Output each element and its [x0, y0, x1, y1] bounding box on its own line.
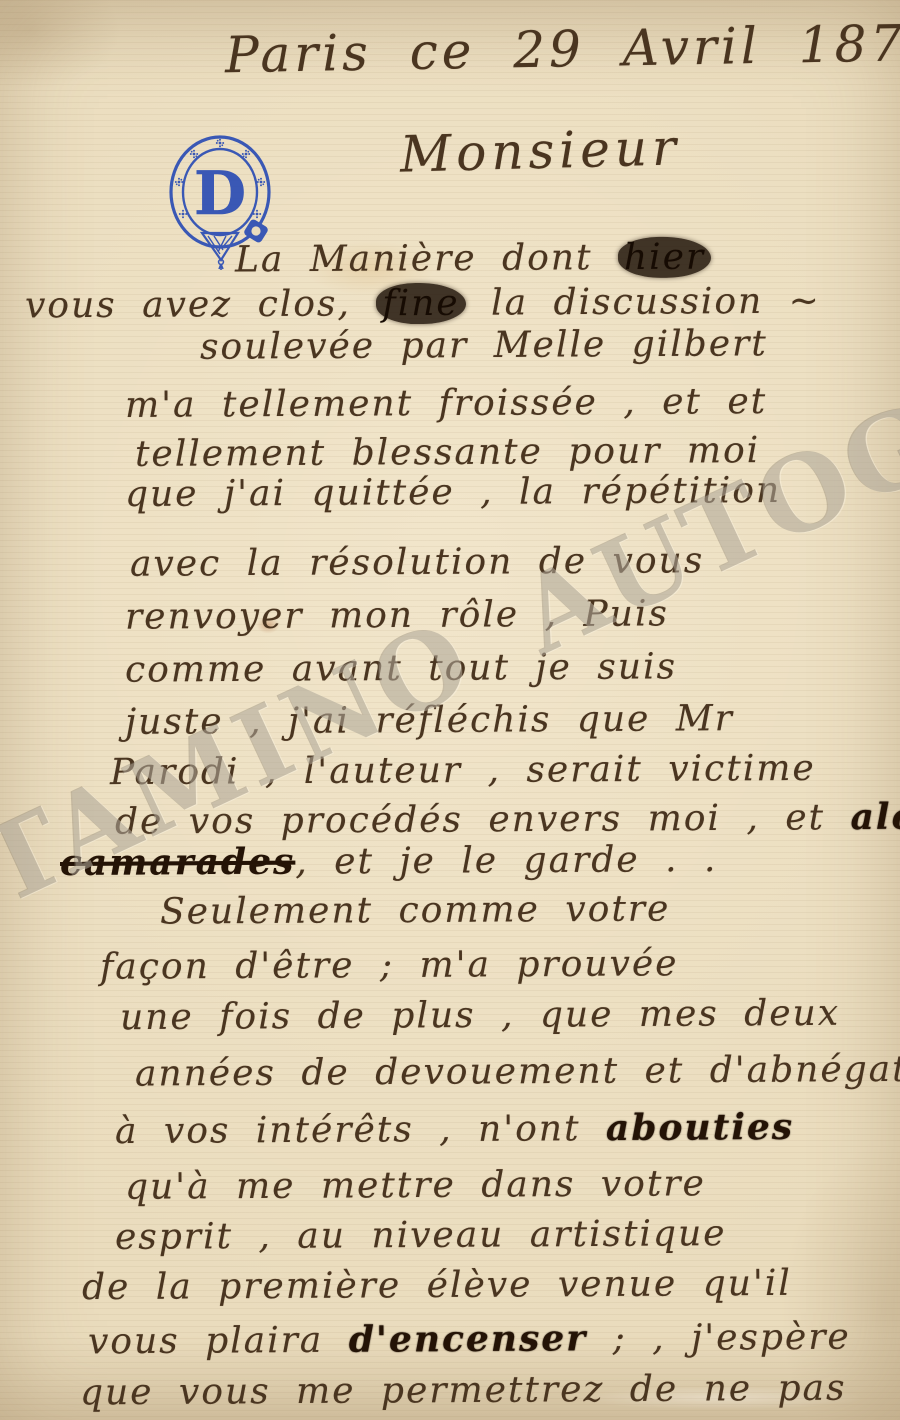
- monogram-stamp: D: [162, 130, 284, 270]
- text-segment: vous avez clos,: [25, 283, 377, 326]
- manuscript-line-23: que vous me permettrez de ne pas: [80, 1368, 847, 1414]
- text-segment: m'a tellement froissée , et et: [125, 381, 767, 426]
- text-segment-blot: hier: [618, 237, 711, 279]
- manuscript-line-3: soulevée par Melle gilbert: [200, 323, 768, 367]
- manuscript-line-10: juste , j'ai réfléchis que Mr: [125, 698, 734, 743]
- text-segment: comme avant tout je suis: [125, 646, 677, 690]
- text-segment: Seulement comme votre: [160, 888, 671, 932]
- manuscript-line-22: vous plaira d'encenser ; , j'espère: [88, 1316, 851, 1363]
- manuscript-line-7: avec la résolution de vous: [130, 540, 704, 585]
- letter-salutation: Monsieur: [399, 118, 681, 183]
- manuscript-line-16: une fois de plus , que mes deux: [120, 993, 840, 1038]
- text-segment: La Manière dont: [235, 237, 618, 280]
- text-segment-over: d'encenser: [349, 1317, 588, 1360]
- text-segment: que vous me permettrez de ne pas: [80, 1368, 847, 1414]
- text-segment-over: abouties: [606, 1106, 794, 1149]
- text-segment: la discussion ~: [466, 281, 821, 324]
- text-segment: Parodi , l'auteur , serait victime: [110, 748, 816, 793]
- text-segment-over: alors: [850, 795, 900, 838]
- stamp-monogram-letter: D: [194, 159, 246, 229]
- text-segment: avec la résolution de vous: [130, 540, 704, 585]
- text-segment: années de devouement et d'abnégati: [135, 1049, 900, 1095]
- manuscript-line-14: Seulement comme votre: [160, 888, 671, 932]
- manuscript-line-15: façon d'être ; m'a prouvée: [100, 943, 679, 988]
- letter-photograph: D Paris ce 29 Avril 1870 Monsieur La Man…: [0, 0, 900, 1420]
- text-segment: juste , j'ai réfléchis que Mr: [125, 698, 734, 743]
- text-segment: de vos procédés envers moi , et: [115, 797, 851, 842]
- manuscript-line-19: qu'à me mettre dans votre: [125, 1163, 706, 1208]
- text-segment: à vos intérêts , n'ont: [115, 1108, 606, 1152]
- manuscript-line-21: de la première élève venue qu'il: [82, 1263, 792, 1308]
- manuscript-line-8: renvoyer mon rôle , Puis: [125, 593, 669, 637]
- text-segment: façon d'être ; m'a prouvée: [100, 943, 679, 988]
- text-segment: tellement blessante pour moi: [135, 430, 760, 475]
- text-segment: que j'ai quittée , la répétition: [125, 470, 781, 515]
- text-segment: esprit , au niveau artistique: [115, 1213, 727, 1258]
- manuscript-line-18: à vos intérêts , n'ont abouties: [115, 1106, 794, 1152]
- manuscript-line-20: esprit , au niveau artistique: [115, 1213, 727, 1258]
- text-segment: qu'à me mettre dans votre: [125, 1163, 706, 1208]
- manuscript-line-1: La Manière dont hier: [235, 237, 711, 281]
- text-segment: , et je le garde . .: [295, 839, 717, 883]
- text-segment: ; , j'espère: [587, 1317, 851, 1360]
- manuscript-line-2: vous avez clos, fine la discussion ~: [25, 281, 821, 327]
- text-segment: une fois de plus , que mes deux: [120, 993, 840, 1038]
- manuscript-line-4: m'a tellement froissée , et et: [125, 381, 767, 426]
- manuscript-line-11: Parodi , l'auteur , serait victime: [110, 748, 816, 793]
- text-segment: soulevée par Melle gilbert: [200, 323, 768, 367]
- text-segment-blot: fine: [376, 283, 466, 325]
- manuscript-line-12: de vos procédés envers moi , et alors: [115, 795, 900, 842]
- text-segment-struck: camarades: [60, 841, 296, 884]
- text-segment: de la première élève venue qu'il: [82, 1263, 792, 1308]
- manuscript-line-13: camarades, et je le garde . .: [60, 838, 718, 884]
- manuscript-line-6: que j'ai quittée , la répétition: [125, 470, 781, 515]
- manuscript-line-17: années de devouement et d'abnégation: [135, 1047, 900, 1094]
- manuscript-line-9: comme avant tout je suis: [125, 646, 677, 690]
- stamp-strap: [202, 233, 238, 270]
- text-segment: vous plaira: [88, 1320, 349, 1363]
- letter-dateline: Paris ce 29 Avril 1870: [225, 14, 900, 85]
- manuscript-line-5: tellement blessante pour moi: [135, 430, 760, 475]
- text-segment: renvoyer mon rôle , Puis: [125, 593, 669, 637]
